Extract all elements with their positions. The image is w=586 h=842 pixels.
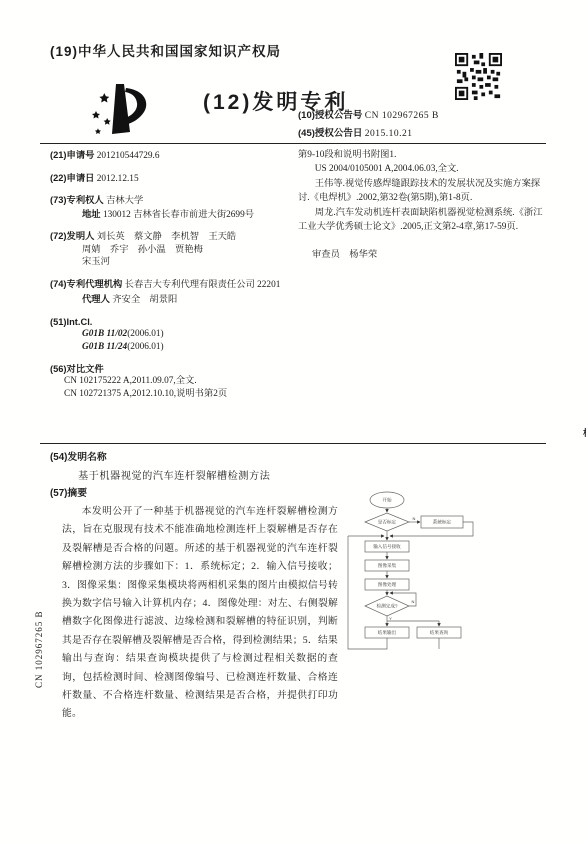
cited-ref-2-continuation: 第9-10段和说明书附图1. <box>298 149 546 163</box>
intcl-label: (51)Int.Cl. <box>50 316 295 329</box>
invention-title-label: (54)发明名称 <box>50 449 270 463</box>
agent-names: 齐安全 胡景阳 <box>112 295 177 305</box>
publication-number-line: (10)授权公告号 CN 102967265 B <box>298 107 439 121</box>
invention-title-section: (54)发明名称 基于机器视觉的汽车连杆裂解槽检测方法 <box>50 449 270 482</box>
agency-entry: (74)专利代理机构 长春吉大专利代理有限责任公司 22201 代理人 齐安全 … <box>50 278 295 307</box>
flow-y1-label: Y <box>389 616 392 621</box>
biblio-divider <box>40 443 546 444</box>
publication-date: 2015.10.21 <box>365 129 413 139</box>
cited-ref-4: 王伟等.视觉传感焊缝跟踪技术的发展状况及实施方案探讨.《电焊机》.2002,第3… <box>298 178 546 206</box>
sipo-logo <box>82 82 154 143</box>
flow-input-label: 输入信号接收 <box>373 543 401 550</box>
agent-label: 代理人 <box>82 294 110 304</box>
inventors-entry: (72)发明人 刘长英 蔡文静 李机智 王天皓 周婧 乔宇 孙小温 贾艳梅 宋玉… <box>50 230 295 269</box>
side-publication-number: CN 102967265 B <box>34 610 44 688</box>
publication-number: CN 102967265 B <box>365 111 439 121</box>
flow-output-label: 结果输出 <box>378 629 397 636</box>
flow-query-label: 结果查询 <box>430 629 449 636</box>
examiner-name: 杨华荣 <box>349 250 377 260</box>
publication-number-label: (10)授权公告号 <box>298 110 362 121</box>
application-number: 201210544729.6 <box>97 151 160 161</box>
biblio-left-column: (21)申请号 201210544729.6 (22)申请日 2012.12.1… <box>50 149 295 409</box>
flow-process-label: 图像处理 <box>378 581 397 588</box>
application-number-label: (21)申请号 <box>50 150 94 160</box>
patentee-entry: (73)专利权人 吉林大学 地址 130012 吉林省长春市前进大街2699号 <box>50 194 295 221</box>
application-number-entry: (21)申请号 201210544729.6 <box>50 149 295 163</box>
inventors-label: (72)发明人 <box>50 231 94 241</box>
application-date-label: (22)申请日 <box>50 173 94 183</box>
inventors-line-3: 宋玉河 <box>50 256 295 269</box>
flow-calibrated-label: 是否标定 <box>378 519 397 526</box>
address-value: 130012 吉林省长春市前进大街2699号 <box>103 210 254 220</box>
inventors-line-2: 周婧 乔宇 孙小温 贾艳梅 <box>50 244 295 257</box>
flow-done-label: 检测完成? <box>377 603 398 610</box>
flow-start-label: 开始 <box>382 497 392 504</box>
flow-n1-label: N <box>413 516 416 521</box>
cited-refs-label: (56)对比文件 <box>50 363 295 376</box>
examiner-label: 审查员 <box>312 250 340 260</box>
flow-calibrate-label: 系统标定 <box>433 519 452 526</box>
patentee-name: 吉林大学 <box>106 196 143 206</box>
invention-title: 基于机器视觉的汽车连杆裂解槽检测方法 <box>50 467 270 482</box>
abstract-flowchart: 开始 是否标定 系统标定 输入信号接收 图像采集 图像处理 检测完成? 结果输出… <box>345 477 550 674</box>
patent-office-name: (19)中华人民共和国国家知识产权局 <box>50 40 281 60</box>
ipc-code-2: G01B 11/24(2006.01) <box>50 341 295 354</box>
patent-front-page: (19)中华人民共和国国家知识产权局 (12)发明专利 <box>0 0 586 842</box>
ipc-code-1: G01B 11/02(2006.01) <box>50 328 295 341</box>
patentee-label: (73)专利权人 <box>50 195 104 205</box>
application-date: 2012.12.15 <box>97 174 139 184</box>
application-date-entry: (22)申请日 2012.12.15 <box>50 172 295 186</box>
flow-n2-label: N <box>412 599 415 604</box>
address-label: 地址 <box>82 209 101 219</box>
inventors-line-1: 刘长英 蔡文静 李机智 王天皓 <box>97 232 236 242</box>
agency-name: 长春吉大专利代理有限责任公司 22201 <box>125 280 281 290</box>
header-divider <box>40 143 546 144</box>
agency-label: (74)专利代理机构 <box>50 279 122 289</box>
cited-refs-entry: (56)对比文件 CN 102175222 A,2011.09.07,全文. C… <box>50 363 295 401</box>
cited-ref-5: 周龙.汽车发动机连杆表面缺陷机器视觉检测系统.《浙江工业大学优秀硕士论文》.20… <box>298 207 546 235</box>
abstract-text: 本发明公开了一种基于机器视觉的汽车连杆裂解槽检测方法，旨在克服现有技术不能准确地… <box>50 503 338 724</box>
cited-ref-1: CN 102175222 A,2011.09.07,全文. <box>50 375 295 388</box>
abstract-label: (57)摘要 <box>50 485 338 499</box>
publication-date-label: (45)授权公告日 <box>298 128 362 139</box>
flow-acquire-label: 图像采集 <box>378 562 397 569</box>
biblio-right-column: 第9-10段和说明书附图1. US 2004/0105001 A,2004.06… <box>298 149 546 261</box>
cited-ref-3: US 2004/0105001 A,2004.06.03,全文. <box>298 163 546 177</box>
examiner-entry: 审查员 杨华荣 <box>298 249 546 262</box>
qr-code <box>455 53 502 105</box>
publication-date-line: (45)授权公告日 2015.10.21 <box>298 125 413 139</box>
intcl-entry: (51)Int.Cl. G01B 11/02(2006.01) G01B 11/… <box>50 316 295 354</box>
cited-ref-2: CN 102721375 A,2012.10.10,说明书第2页 <box>50 388 295 401</box>
abstract-section: (57)摘要 本发明公开了一种基于机器视觉的汽车连杆裂解槽检测方法，旨在克服现有… <box>50 485 338 724</box>
